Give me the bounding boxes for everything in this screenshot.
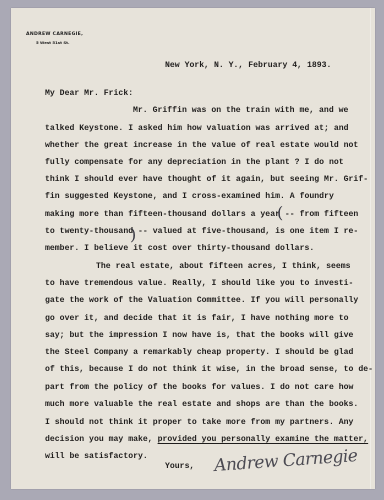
dateline: New York, N. Y., February 4, 1893.: [165, 61, 331, 70]
letterhead-address: 5 West 51st St.: [36, 40, 69, 45]
body-line: making more than fifteen-thousand dollar…: [45, 210, 358, 219]
body-line: fin suggested Keystone, and I cross-exam…: [45, 192, 334, 201]
body-line: the Steel Company a remarkably cheap pro…: [45, 348, 353, 357]
body-line: will be satisfactory.: [45, 452, 148, 461]
body-line: The real estate, about fifteen acres, I …: [96, 262, 351, 271]
handwritten-paren-open: (: [277, 203, 283, 222]
handwritten-paren-close: ): [130, 225, 136, 244]
body-line: part from the policy of the books for va…: [45, 383, 353, 392]
body-line: talked Keystone. I asked him how valuati…: [45, 124, 349, 133]
body-line-underlined: decision you may make, provided you pers…: [45, 435, 368, 444]
underlined-text: provided you personally examine the matt…: [158, 435, 369, 444]
body-line: think I should ever have thought of it a…: [45, 175, 368, 184]
body-line: I should not think it proper to take mor…: [45, 418, 353, 427]
body-line: go over it, and decide that it is fair, …: [45, 314, 349, 323]
body-line: of this, because I do not think it wise,…: [45, 365, 373, 374]
body-line: to twenty-thousand -- valued at five-tho…: [45, 227, 358, 236]
letterhead-name: ANDREW CARNEGIE,: [26, 32, 83, 37]
body-line: gate the work of the Valuation Committee…: [45, 296, 358, 305]
body-line: say; but the impression I now have is, t…: [45, 331, 353, 340]
body-line: to have tremendous value. Really, I shou…: [45, 279, 353, 288]
body-line: member. I believe it cost over thirty-th…: [45, 244, 314, 253]
body-line: fully compensate for any depreciation in…: [45, 158, 344, 167]
body-line: Mr. Griffin was on the train with me, an…: [133, 106, 348, 115]
salutation: My Dear Mr. Frick:: [45, 89, 133, 98]
closing: Yours,: [165, 462, 194, 471]
body-text: decision you may make,: [45, 435, 158, 444]
body-line: much more valuable the real estate and s…: [45, 400, 358, 409]
body-line: whether the great increase in the value …: [45, 141, 358, 150]
